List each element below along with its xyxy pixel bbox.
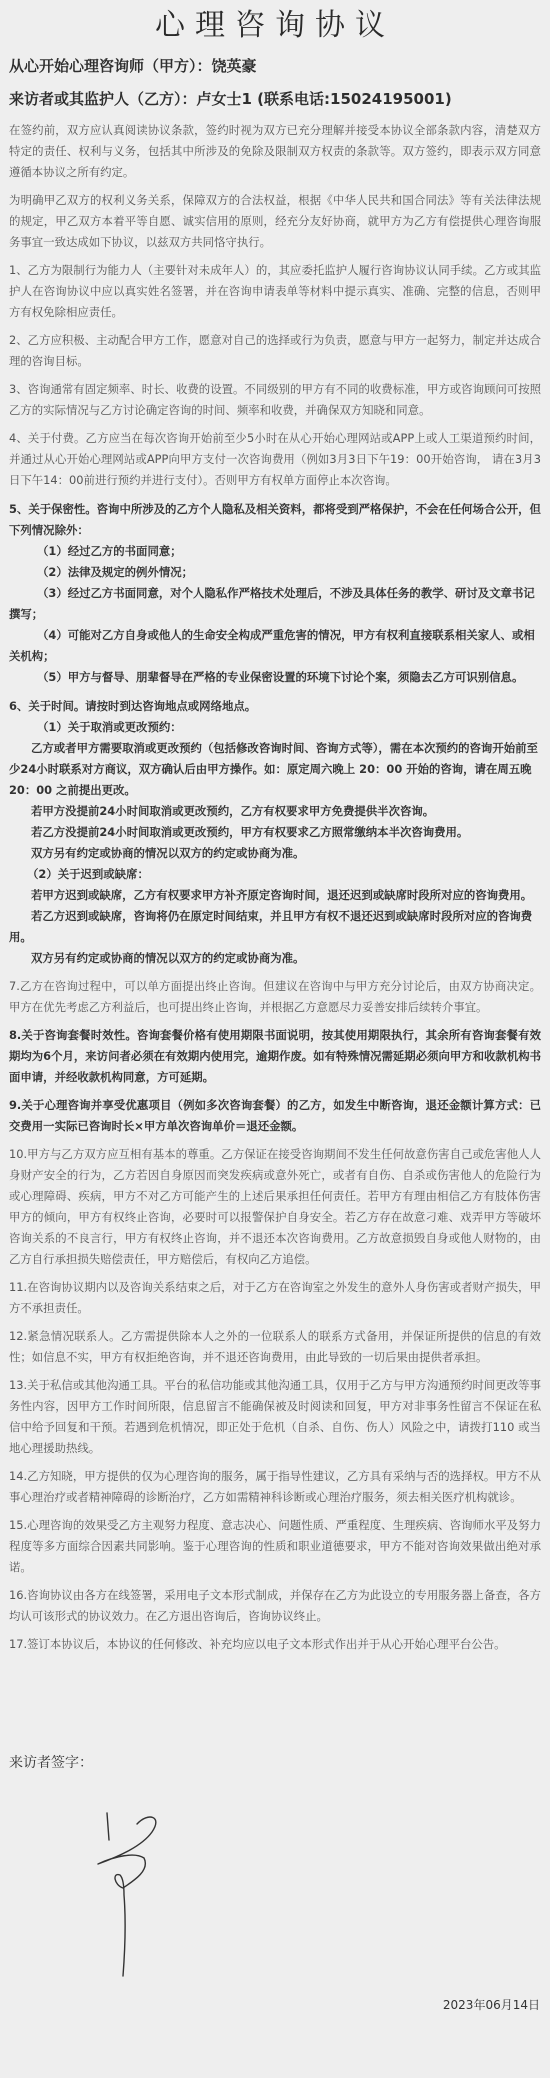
clause-6-heading: 6、关于时间。请按时到达咨询地点或网络地点。 <box>9 696 541 717</box>
clause-15: 15.心理咨询的效果受乙方主观努力程度、意志决心、问题性质、严重程度、生理疾病、… <box>9 1515 541 1578</box>
clause-14: 14.乙方知晓，甲方提供的仅为心理咨询的服务，属于指导性建议，乙方具有采纳与否的… <box>9 1466 541 1508</box>
party-a-line: 从心开始心理咨询师（甲方）：饶英豪 <box>9 55 541 77</box>
intro-paragraph-1: 在签约前，双方应认真阅读协议条款，签约时视为双方已充分理解并接受本协议全部条款内… <box>9 120 541 183</box>
signing-date: 2023年06月14日 <box>443 1996 540 2013</box>
clause-12: 12.紧急情况联系人。乙方需提供除本人之外的一位联系人的联系方式备用，并保证所提… <box>9 1326 541 1368</box>
clause-5-item-3: （3）经过乙方书面同意，对个人隐私作严格技术处理后，不涉及具体任务的教学、研讨及… <box>9 583 541 625</box>
clause-6-cancel-party-b: 若乙方没提前24小时间取消或更改预约，甲方有权要求乙方照常缴纳本半次咨询费用。 <box>9 822 541 843</box>
clause-3: 3、咨询通常有固定频率、时长、收费的设置。不同级别的甲方有不同的收费标准，甲方或… <box>9 379 541 421</box>
clause-9: 9.关于心理咨询并享受优惠项目（例如多次咨询套餐）的乙方，如发生中断咨询，退还金… <box>9 1095 541 1137</box>
clause-8: 8.关于咨询套餐时效性。咨询套餐价格有使用期限书面说明，按其使用期限执行，其余所… <box>9 1025 541 1088</box>
clause-6-late-party-a: 若甲方迟到或缺席，乙方有权要求甲方补齐原定咨询时间，退还迟到或缺席时段所对应的咨… <box>9 885 541 906</box>
clause-1: 1、乙方为限制行为能力人（主要针对未成年人）的，其应委托监护人履行咨询协议认同手… <box>9 260 541 323</box>
clause-6-late-heading: （2）关于迟到或缺席： <box>9 864 541 885</box>
clause-6-cancel-other: 双方另有约定或协商的情况以双方的约定或协商为准。 <box>9 843 541 864</box>
clause-6-cancel-party-a: 若甲方没提前24小时间取消或更改预约，乙方有权要求甲方免费提供半次咨询。 <box>9 801 541 822</box>
clause-6-late-party-b: 若乙方迟到或缺席，咨询将仍在原定时间结束，并且甲方有权不退还迟到或缺席时段所对应… <box>9 906 541 948</box>
clause-17: 17.签订本协议后，本协议的任何修改、补充均应以电子文本形式作出并于从心开始心理… <box>9 1634 541 1655</box>
party-b-line: 来访者或其监护人（乙方）：卢女士1 (联系电话:15024195001) <box>9 88 541 110</box>
clause-16: 16.咨询协议由各方在线签署，采用电子文本形式制成，并保存在乙方为此设立的专用服… <box>9 1585 541 1627</box>
clause-10: 10.甲方与乙方双方应互相有基本的尊重。乙方保证在接受咨询期间不发生任何故意伤害… <box>9 1144 541 1270</box>
document-title: 心理咨询协议 <box>9 0 541 48</box>
clause-5-item-2: （2）法律及规定的例外情况； <box>9 562 541 583</box>
agreement-document: 心理咨询协议 从心开始心理咨询师（甲方）：饶英豪 来访者或其监护人（乙方）：卢女… <box>0 0 550 1655</box>
clause-2: 2、乙方应积极、主动配合甲方工作，愿意对自己的选择或行为负责，愿意与甲方一起努力… <box>9 330 541 372</box>
clause-11: 11.在咨询协议期内以及咨询关系结束之后，对于乙方在咨询室之外发生的意外人身伤害… <box>9 1277 541 1319</box>
intro-paragraph-2: 为明确甲乙双方的权利义务关系，保障双方的合法权益，根据《中华人民共和国合同法》等… <box>9 190 541 253</box>
clause-6-late-other: 双方另有约定或协商的情况以双方的约定或协商为准。 <box>9 948 541 969</box>
clause-6-time: 6、关于时间。请按时到达咨询地点或网络地点。 （1）关于取消或更改预约： 乙方或… <box>9 696 541 969</box>
clause-5-item-1: （1）经过乙方的书面同意； <box>9 541 541 562</box>
signature-label: 来访者签字： <box>9 1752 93 1772</box>
clause-5-item-5: （5）甲方与督导、朋辈督导在严格的专业保密设置的环境下讨论个案，须隐去乙方可识别… <box>9 667 541 688</box>
clause-13: 13.关于私信或其他沟通工具。平台的私信功能或其他沟通工具，仅用于乙方与甲方沟通… <box>9 1375 541 1459</box>
clause-6-cancel-heading: （1）关于取消或更改预约： <box>9 717 541 738</box>
clause-6-cancel-body: 乙方或者甲方需要取消或更改预约（包括修改咨询时间、咨询方式等），需在本次预约的咨… <box>9 738 541 801</box>
clause-5-heading: 5、关于保密性。咨询中所涉及的乙方个人隐私及相关资料，都将受到严格保护，不会在任… <box>9 499 541 541</box>
clause-4: 4、关于付费。乙方应当在每次咨询开始前至少5小时在从心开始心理网站或APP上或人… <box>9 428 541 491</box>
handwritten-signature <box>90 1810 180 1985</box>
clause-7: 7.乙方在咨询过程中，可以单方面提出终止咨询。但建议在咨询中与甲方充分讨论后，由… <box>9 976 541 1018</box>
clause-5-item-4: （4）可能对乙方自身或他人的生命安全构成严重危害的情况，甲方有权利直接联系相关家… <box>9 625 541 667</box>
clause-5-confidentiality: 5、关于保密性。咨询中所涉及的乙方个人隐私及相关资料，都将受到严格保护，不会在任… <box>9 499 541 688</box>
